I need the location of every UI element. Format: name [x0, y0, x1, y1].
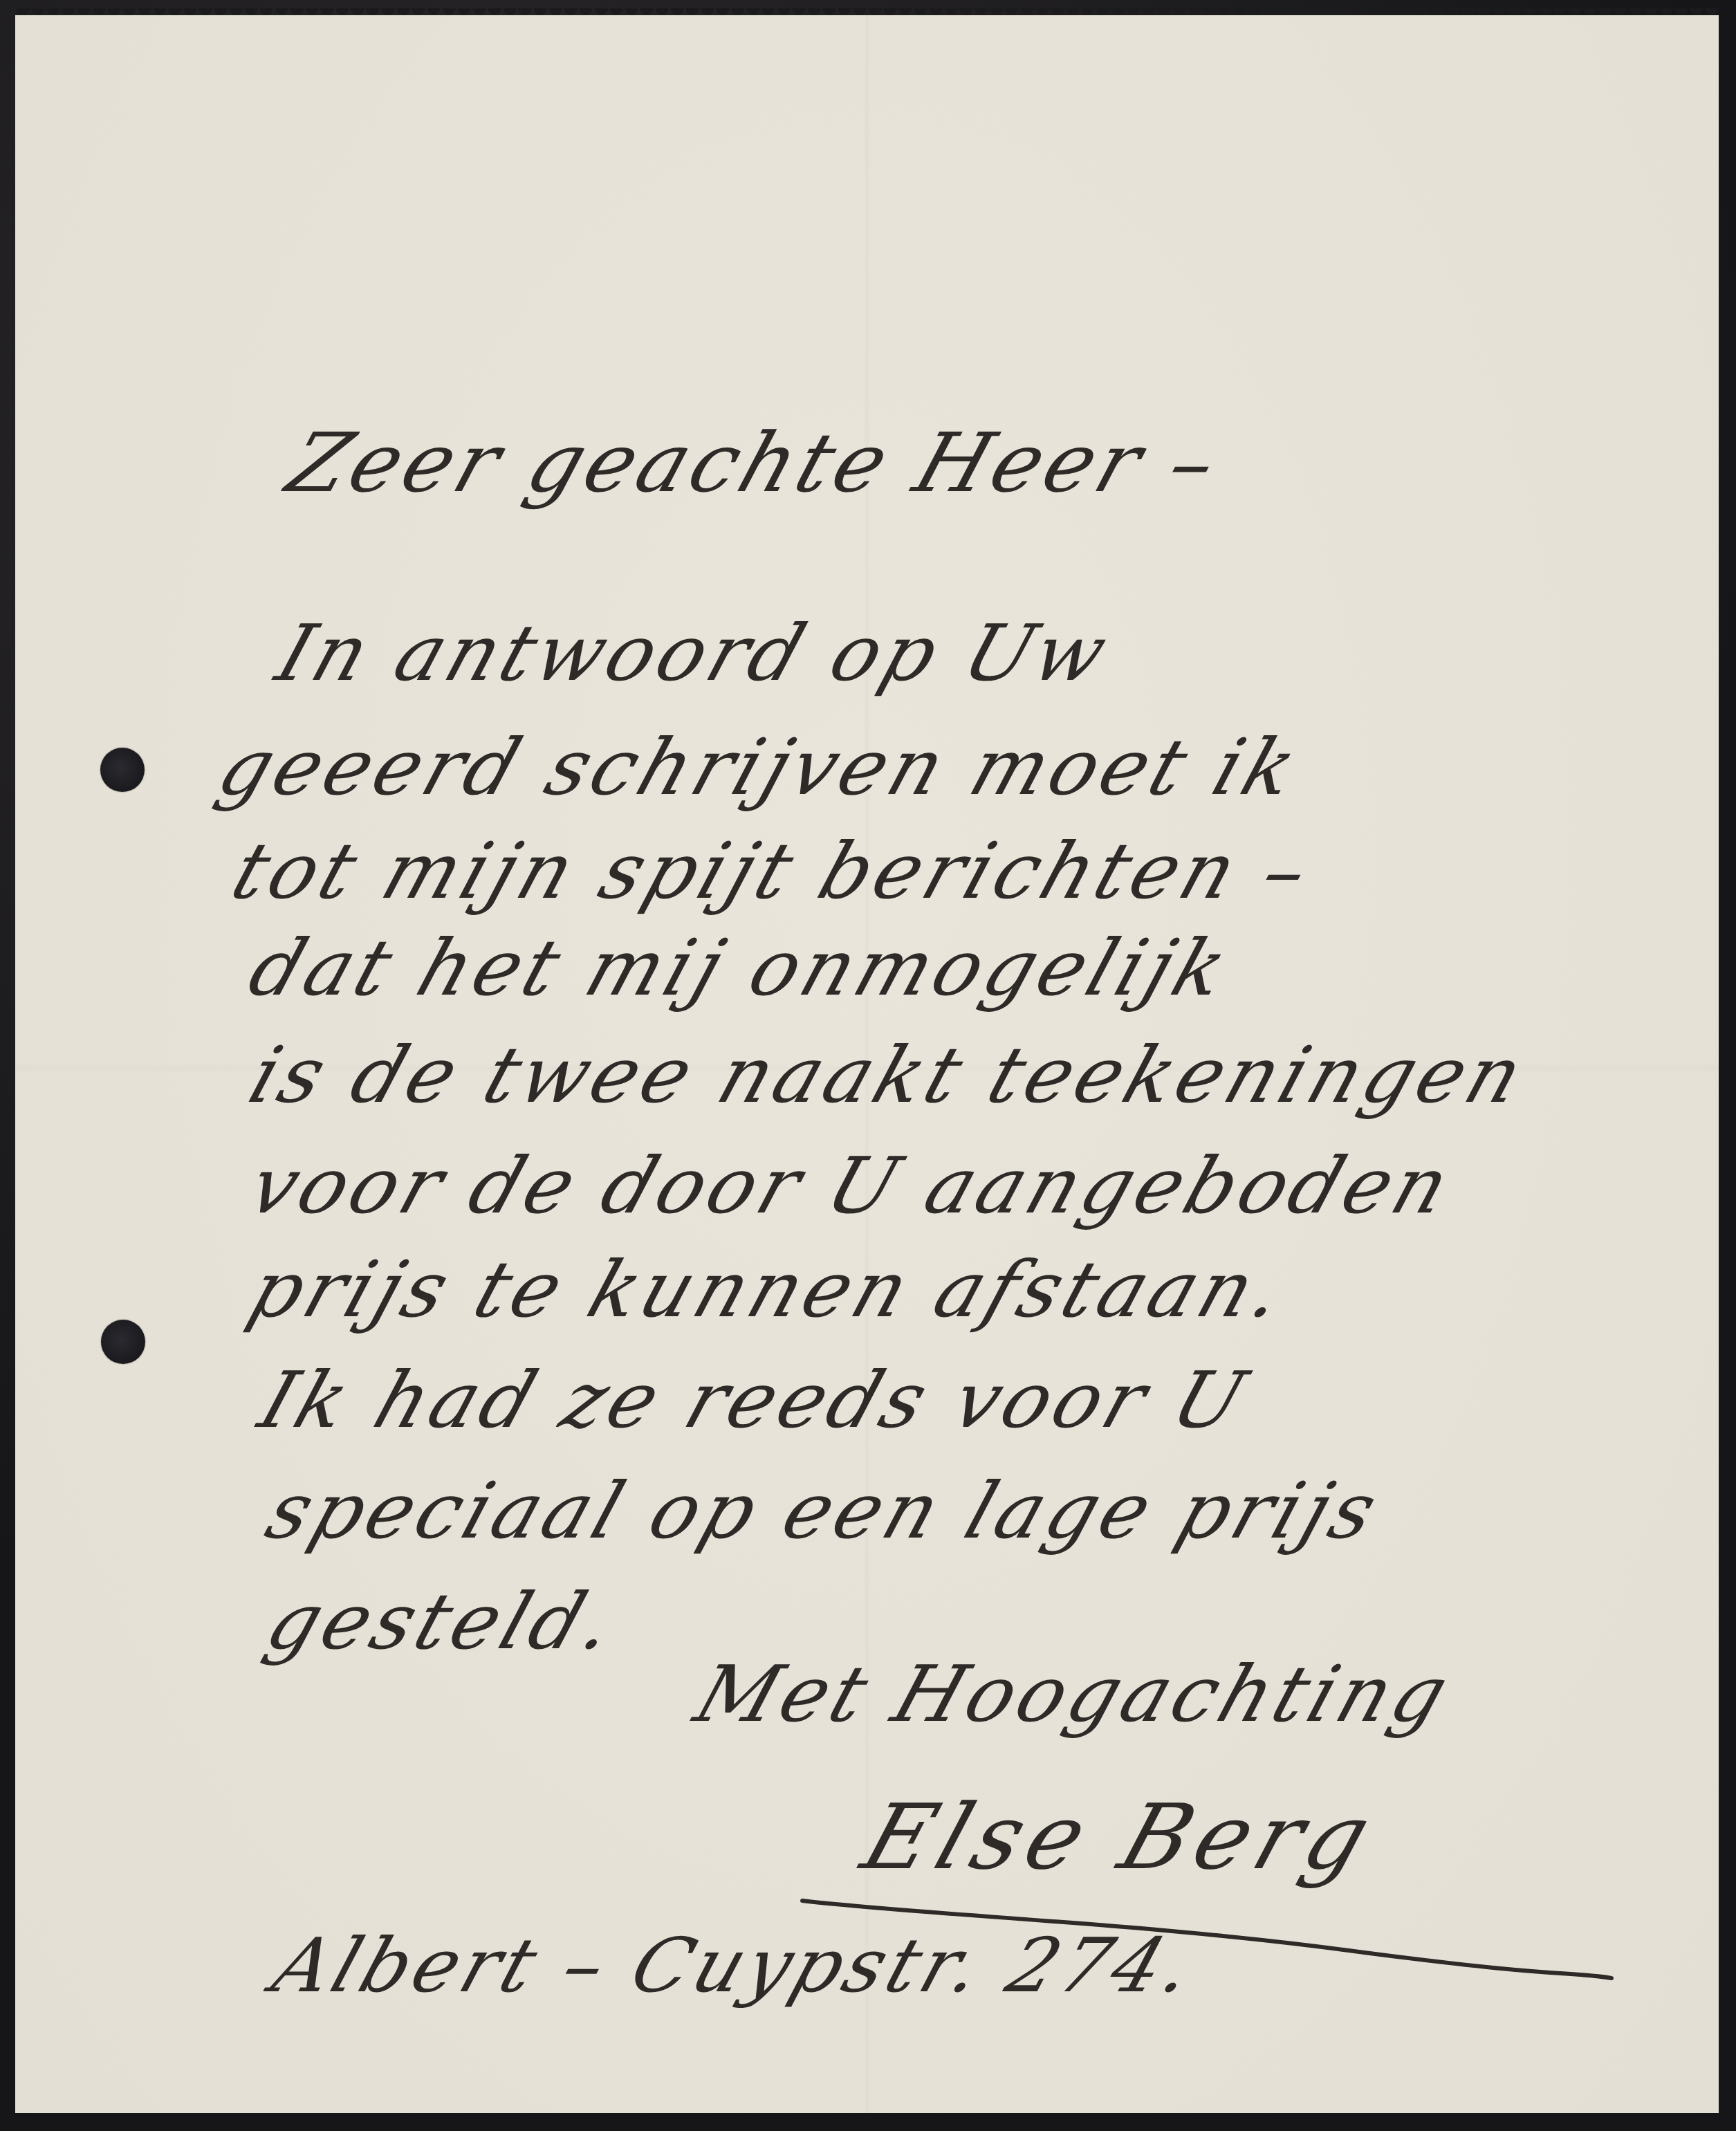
- letter-line: geeerd schrijven moet ik: [207, 723, 1311, 813]
- letter-line: tot mijn spijt berichten –: [221, 827, 1323, 916]
- letter-line: is de twee naakt teekeningen: [239, 1031, 1538, 1120]
- punch-hole-icon: [100, 748, 145, 792]
- punch-hole-icon: [101, 1320, 145, 1364]
- letter-closing: Met Hoogachting: [685, 1650, 1462, 1740]
- letter-line: gesteld.: [256, 1577, 629, 1667]
- letter-line: Ik had ze reeds voor U: [249, 1356, 1260, 1446]
- perforated-top-edge: [15, 8, 1719, 22]
- signature: Else Berg: [851, 1784, 1389, 1890]
- letter-line: speciaal op een lage prijs: [256, 1466, 1392, 1556]
- letter-line: voor de door U aangeboden: [239, 1141, 1464, 1231]
- letter-salutation: Zeer geachte Heer –: [277, 415, 1232, 510]
- sender-address: Albert – Cuypstr. 274.: [263, 1923, 1208, 2009]
- letter-line: In antwoord op Uw: [266, 609, 1122, 699]
- letter-line: prijs te kunnen afstaan.: [239, 1245, 1298, 1335]
- letter-line: dat het mij onmogelijk: [239, 923, 1241, 1013]
